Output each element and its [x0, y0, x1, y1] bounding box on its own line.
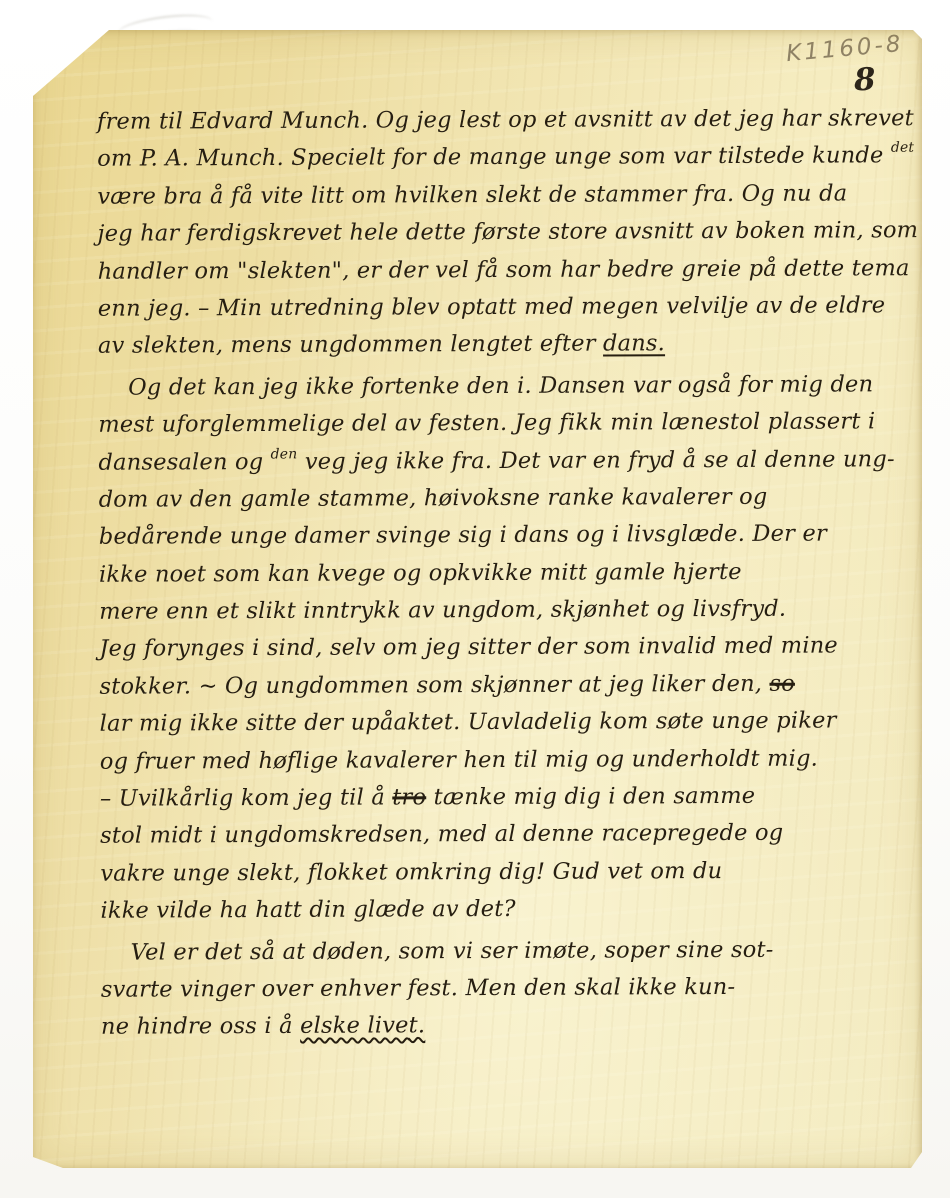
text-line: frem til Edvard Munch. Og jeg lest op et… [97, 100, 887, 141]
page-number: 8 [853, 61, 876, 98]
text-line: av slekten, mens ungdommen lengtet efter… [98, 325, 888, 366]
strikethrough-text: so [769, 671, 795, 697]
superscript-text: det [891, 130, 915, 168]
text-line: stol midt i ungdomskredsen, med al denne… [100, 815, 890, 856]
handwritten-text: handler om "slekten", er der vel få som … [98, 255, 910, 285]
text-line: lar mig ikke sitte der upåaktet. Uavlade… [100, 703, 890, 744]
handwritten-text: enn jeg. – Min utredning blev optatt med… [98, 292, 886, 321]
text-line: dom av den gamle stamme, høivoksne ranke… [99, 478, 889, 519]
handwritten-text: ikke noet som kan kvege og opkvikke mitt… [99, 559, 742, 588]
handwritten-text: lar mig ikke sitte der upåaktet. Uavlade… [100, 708, 837, 737]
text-line: Vel er det så at døden, som vi ser imøte… [101, 931, 891, 972]
superscript-text: den [271, 436, 298, 474]
strikethrough-text: tro [392, 784, 426, 810]
handwritten-text: ikke vilde ha hatt din glæde av det? [100, 896, 515, 924]
text-line: om P. A. Munch. Specielt for de mange un… [97, 138, 887, 179]
catalog-number: K1160-8 [786, 31, 905, 67]
handwritten-text: stol midt i ungdomskredsen, med al denne… [100, 820, 783, 849]
text-line: bedårende unge damer svinge sig i dans o… [99, 516, 889, 557]
handwritten-text: Og det kan jeg ikke fortenke den i. Dans… [128, 371, 873, 400]
wavy-underline-text: elske livet. [300, 1013, 425, 1040]
text-line: ikke noet som kan kvege og opkvikke mitt… [99, 553, 889, 594]
manuscript-page: K1160-8 8 frem til Edvard Munch. Og jeg … [33, 30, 922, 1168]
text-line: vakre unge slekt, flokket omkring dig! G… [100, 852, 890, 893]
underline-text: dans. [603, 331, 665, 357]
handwritten-text: mere enn et slikt inntrykk av ungdom, sk… [99, 596, 786, 625]
handwritten-text: svarte vinger over enhver fest. Men den … [101, 974, 736, 1003]
handwritten-text: frem til Edvard Munch. Og jeg lest op et… [97, 105, 914, 135]
text-line: handler om "slekten", er der vel få som … [98, 250, 888, 291]
handwritten-text: mest uforglemmelige del av festen. Jeg f… [98, 408, 875, 437]
handwritten-text: – Uvilkårlig kom jeg til å [100, 784, 392, 811]
text-line: dansesalen og den veg jeg ikke fra. Det … [98, 441, 888, 482]
handwritten-text: vakre unge slekt, flokket omkring dig! G… [100, 858, 722, 887]
text-line: ikke vilde ha hatt din glæde av det? [100, 889, 890, 930]
paragraph: Vel er det så at døden, som vi ser imøte… [101, 931, 891, 1047]
text-line: mere enn et slikt inntrykk av ungdom, sk… [99, 590, 889, 631]
text-line: være bra å få vite litt om hvilken slekt… [97, 175, 887, 216]
text-line: – Uvilkårlig kom jeg til å tro tænke mig… [100, 777, 890, 818]
text-line: mest uforglemmelige del av festen. Jeg f… [98, 403, 888, 444]
handwritten-text: bedårende unge damer svinge sig i dans o… [99, 521, 827, 550]
text-line: enn jeg. – Min utredning blev optatt med… [98, 287, 888, 328]
text-line: stokker. ~ Og ungdommen som skjønner at … [99, 665, 889, 706]
handwritten-text: om P. A. Munch. Specielt for de mange un… [97, 143, 891, 172]
text-line: og fruer med høflige kavalerer hen til m… [100, 740, 890, 781]
text-line: svarte vinger over enhver fest. Men den … [101, 968, 891, 1009]
handwritten-text: av slekten, mens ungdommen lengtet efter [98, 331, 603, 359]
manuscript-text: frem til Edvard Munch. Og jeg lest op et… [97, 100, 891, 1046]
handwritten-text: stokker. ~ Og ungdommen som skjønner at … [99, 671, 769, 700]
text-line: jeg har ferdigskrevet hele dette første … [97, 212, 887, 253]
handwritten-text: ne hindre oss i å [101, 1013, 300, 1040]
handwritten-text: være bra å få vite litt om hvilken slekt… [97, 180, 847, 209]
text-line: Jeg forynges i sind, selv om jeg sitter … [99, 628, 889, 669]
handwritten-text: og fruer med høflige kavalerer hen til m… [100, 745, 818, 774]
paragraph: frem til Edvard Munch. Og jeg lest op et… [97, 100, 888, 365]
handwritten-text: tænke mig dig i den samme [426, 783, 755, 810]
handwritten-text: dansesalen og [98, 448, 270, 475]
handwritten-text: veg jeg ikke fra. Det var en fryd å se a… [297, 446, 894, 475]
text-line: Og det kan jeg ikke fortenke den i. Dans… [98, 366, 888, 407]
scan-background: K1160-8 8 frem til Edvard Munch. Og jeg … [0, 0, 950, 1198]
handwritten-text: dom av den gamle stamme, høivoksne ranke… [99, 484, 768, 513]
handwritten-text: Jeg forynges i sind, selv om jeg sitter … [99, 633, 838, 662]
paragraph: Og det kan jeg ikke fortenke den i. Dans… [98, 366, 890, 930]
handwritten-text: jeg har ferdigskrevet hele dette første … [97, 217, 918, 247]
text-line: ne hindre oss i å elske livet. [101, 1006, 891, 1047]
handwritten-text: Vel er det så at døden, som vi ser imøte… [131, 936, 774, 965]
